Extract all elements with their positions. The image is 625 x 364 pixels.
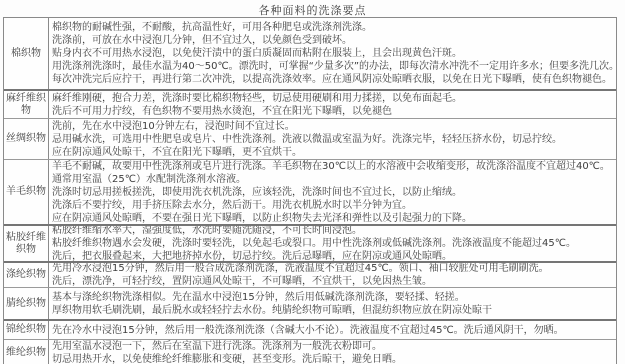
instruction-line: 洗涤时切忌用搓板搓洗，即使用洗衣机洗涤，应该轻洗，洗涤时间也不宜过长，以防止缩绒…	[52, 186, 616, 199]
instruction-line: 应在阴凉通风处晾晒，不要在强日光下曝晒，以防止织物失去光泽和弹性以及引起强力的下…	[52, 212, 616, 225]
fabric-type-label: 腈纶织物	[4, 288, 49, 319]
instruction-line: 粘胶纤维缩水率大，湿强度低，水洗时要随洗随浸，不可长时间浸泡。	[52, 226, 616, 237]
care-instructions-cell: 洗前，先在水中浸泡10分钟左右，浸泡时间不宜过长。忌用碱水洗，可选用中性肥皂或皂…	[49, 119, 616, 159]
fabric-type-label: 涤纶织物	[4, 263, 49, 287]
instruction-line: 通常用室温（25℃）水配制洗涤剂水溶液。	[52, 173, 616, 186]
care-instructions-cell: 先用冷水浸泡15分钟，然后用一般合成洗涤剂洗涤，洗液温度不宜超过45℃。领口、袖…	[49, 263, 616, 287]
instruction-line: 洗后不可用力拧绞，有色织物不要用热水烫泡，不宜在阳光下曝晒，以免褪色	[52, 105, 616, 118]
instruction-line: 洗前，先在水中浸泡10分钟左右，浸泡时间不宜过长。	[52, 120, 616, 133]
instruction-line: 每次冲洗完后应拧干，再进行第二次冲洗，以提高洗涤效率。应在通风阴凉处晾晒衣服，以…	[52, 73, 616, 86]
instruction-line: 基本与涤纶织物洗涤相似。先在温水中浸泡15分钟，然后用低碱洗涤剂洗涤，要轻揉、轻…	[52, 291, 616, 304]
instruction-line: 切忌用热开水，以免使维纶纤维膨胀和变硬，甚至变形。洗后晾干，避免日晒。	[52, 353, 616, 364]
instruction-line: 厚织物用软毛刷洗刷，最后脱水或轻轻拧去水份。纯腈纶织物可晾晒，但混纺织物应放在阴…	[52, 304, 616, 317]
table-row-3: 羊毛织物羊毛不耐碱，故要用中性洗涤剂或皂片进行洗涤。羊毛织物在30℃以上的水溶液…	[4, 159, 616, 224]
table-row-1: 麻纤维织物麻纤维刚硬，抱合力差，洗涤时要比棉织物轻些，切忌使用硬刷和用力揉搓，以…	[4, 89, 616, 118]
instruction-line: 先用室温水浸泡一下，然后在室温下进行洗涤。洗涤剂为一般洗衣粉即可。	[52, 340, 616, 353]
care-instructions-cell: 羊毛不耐碱，故要用中性洗涤剂或皂片进行洗涤。羊毛织物在30℃以上的水溶液中会收缩…	[49, 160, 616, 224]
instruction-line: 先用冷水浸泡15分钟，然后用一般合成洗涤剂洗涤，洗液温度不宜超过45℃。领口、袖…	[52, 263, 616, 275]
fabric-type-label: 锦纶织物	[4, 321, 49, 339]
instruction-line: 羊毛不耐碱，故要用中性洗涤剂或皂片进行洗涤。羊毛织物在30℃以上的水溶液中会收缩…	[52, 160, 616, 173]
fabric-type-label: 麻纤维织物	[4, 91, 49, 118]
instruction-line: 贴身内衣不可用热水浸泡，以免使汗渍中的蛋白质凝固而粘附在服装上，且会出现黄色汗斑…	[52, 47, 616, 60]
fabric-care-table: 棉织物棉织物的耐碱性强，不耐酸，抗高温性好，可用各种肥皂或洗涤剂洗涤。洗涤前，可…	[3, 17, 617, 364]
table-row-8: 维纶织物先用室温水浸泡一下，然后在室温下进行洗涤。洗涤剂为一般洗衣粉即可。切忌用…	[4, 339, 616, 364]
instruction-line: 洗涤后不要拧绞，用手挤压除去水分，然后沥干。用洗衣机脱水时以半分钟为宜。	[52, 199, 616, 212]
instruction-line: 粘胶纤维织物遇水会发硬，洗涤时要轻洗，以免起毛或裂口。用中性洗涤剂或低碱洗涤剂。…	[52, 237, 616, 250]
table-row-2: 丝绸织物洗前，先在水中浸泡10分钟左右，浸泡时间不宜过长。忌用碱水洗，可选用中性…	[4, 118, 616, 159]
table-row-0: 棉织物棉织物的耐碱性强，不耐酸，抗高温性好，可用各种肥皂或洗涤剂洗涤。洗涤前，可…	[4, 18, 616, 89]
instruction-line: 洗后，漂洗净，可轻拧绞，置阴凉通风处晾干，不可曝晒，不宜烘干，以免因热生皱。	[52, 275, 616, 287]
table-row-6: 腈纶织物基本与涤纶织物洗涤相似。先在温水中浸泡15分钟，然后用低碱洗涤剂洗涤，要…	[4, 287, 616, 319]
instruction-line: 用洗涤剂洗涤时，最佳水温为40～50℃。漂洗时，可掌握“少量多次”的办法，即每次…	[52, 60, 616, 73]
instruction-line: 棉织物的耐碱性强，不耐酸，抗高温性好，可用各种肥皂或洗涤剂洗涤。	[52, 21, 616, 34]
fabric-type-label: 维纶织物	[4, 340, 49, 364]
care-instructions-cell: 粘胶纤维缩水率大，湿强度低，水洗时要随洗随浸，不可长时间浸泡。粘胶纤维织物遇水会…	[49, 226, 616, 261]
page-title: 各种面料的洗涤要点	[0, 2, 625, 18]
instruction-line: 先在冷水中浸泡15分钟，然后用一般洗涤剂洗涤（含碱大小不论）。洗液温度不宜超过4…	[52, 324, 616, 337]
table-row-5: 涤纶织物先用冷水浸泡15分钟，然后用一般合成洗涤剂洗涤，洗液温度不宜超过45℃。…	[4, 261, 616, 287]
table-row-4: 粘胶纤维织物粘胶纤维缩水率大，湿强度低，水洗时要随洗随浸，不可长时间浸泡。粘胶纤…	[4, 224, 616, 261]
care-instructions-cell: 麻纤维刚硬，抱合力差，洗涤时要比棉织物轻些，切忌使用硬刷和用力揉搓，以免布面起毛…	[49, 91, 616, 118]
fabric-type-label: 粘胶纤维织物	[4, 226, 49, 261]
fabric-type-label: 丝绸织物	[4, 119, 49, 159]
instruction-line: 忌用碱水洗，可选用中性肥皂或皂片、中性洗涤剂。洗液以微温或室温为好。洗涤完毕，轻…	[52, 133, 616, 146]
document-page: 各种面料的洗涤要点 棉织物棉织物的耐碱性强，不耐酸，抗高温性好，可用各种肥皂或洗…	[0, 0, 625, 364]
care-instructions-cell: 先用室温水浸泡一下，然后在室温下进行洗涤。洗涤剂为一般洗衣粉即可。切忌用热开水，…	[49, 340, 616, 364]
instruction-line: 应在阴凉通风处晾干，不宜在阳光下曝晒，更不宜烘干。	[52, 146, 616, 159]
care-instructions-cell: 基本与涤纶织物洗涤相似。先在温水中浸泡15分钟，然后用低碱洗涤剂洗涤，要轻揉、轻…	[49, 288, 616, 319]
instruction-line: 洗涤前，可放在水中浸泡几分钟，但不宜过久，以免颜色受到破坏。	[52, 34, 616, 47]
instruction-line: 麻纤维刚硬，抱合力差，洗涤时要比棉织物轻些，切忌使用硬刷和用力揉搓，以免布面起毛…	[52, 92, 616, 105]
fabric-type-label: 棉织物	[4, 18, 49, 89]
care-instructions-cell: 先在冷水中浸泡15分钟，然后用一般洗涤剂洗涤（含碱大小不论）。洗液温度不宜超过4…	[49, 321, 616, 339]
table-row-7: 锦纶织物先在冷水中浸泡15分钟，然后用一般洗涤剂洗涤（含碱大小不论）。洗液温度不…	[4, 319, 616, 339]
fabric-type-label: 羊毛织物	[4, 160, 49, 224]
care-instructions-cell: 棉织物的耐碱性强，不耐酸，抗高温性好，可用各种肥皂或洗涤剂洗涤。洗涤前，可放在水…	[49, 18, 616, 89]
instruction-line: 洗后，把衣服叠起来，大把地挤掉水份，切忌拧绞。洗后忌曝晒，应在阴凉或通风处晾晒。	[52, 250, 616, 261]
